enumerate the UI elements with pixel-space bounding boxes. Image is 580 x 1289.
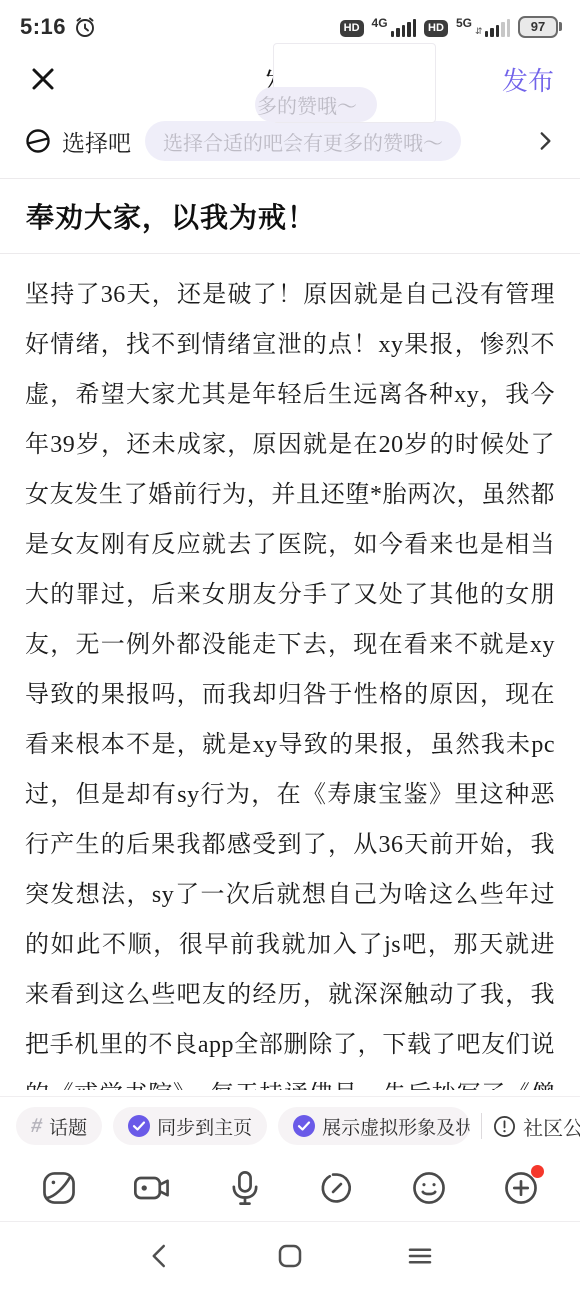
recents-icon[interactable]	[405, 1241, 435, 1271]
show-avatar-toggle[interactable]: 展示虚拟形象及状	[278, 1107, 470, 1145]
floating-hint-pill: 多的赞哦～	[255, 87, 377, 122]
bar-select-icon	[24, 127, 52, 155]
floating-hint-text: 多的赞哦～	[255, 90, 357, 119]
hd-voice-icon: HD	[424, 20, 448, 37]
check-circle-icon	[128, 1115, 150, 1137]
publish-button[interactable]: 发布	[502, 61, 554, 98]
status-bar: 5:16 HD 4G HD 5G ⇵	[0, 0, 580, 48]
image-icon[interactable]	[40, 1169, 78, 1207]
divider	[481, 1113, 482, 1139]
link-icon[interactable]	[318, 1169, 356, 1207]
home-icon[interactable]	[275, 1241, 305, 1271]
alarm-clock-icon	[73, 15, 97, 39]
microphone-icon[interactable]	[226, 1169, 264, 1207]
battery-icon: 97	[518, 16, 562, 38]
notification-badge	[531, 1165, 544, 1178]
hashtag-icon: #	[29, 1115, 43, 1138]
emoji-icon[interactable]	[410, 1169, 448, 1207]
post-body-input[interactable]: 坚持了36天，还是破了！原因就是自己没有管理好情绪，找不到情绪宣泄的点！xy果报…	[0, 254, 580, 1090]
composer-toolbar: # 话题 同步到主页 展示虚拟形象及状 社区公约	[0, 1096, 580, 1155]
back-icon[interactable]	[145, 1241, 175, 1271]
clock-time: 5:16	[20, 14, 66, 40]
sync-to-home-toggle[interactable]: 同步到主页	[113, 1107, 267, 1145]
media-toolbar	[0, 1155, 580, 1221]
community-rules-link[interactable]: 社区公约	[493, 1112, 580, 1141]
video-icon[interactable]	[132, 1169, 172, 1207]
select-bar-label: 选择吧	[62, 125, 131, 158]
signal-4g-icon: 4G	[372, 16, 417, 39]
signal-5g-icon: 5G ⇵	[456, 16, 510, 39]
exclamation-circle-icon	[493, 1115, 516, 1138]
hd-voice-icon: HD	[340, 20, 364, 37]
post-composer-screen: 5:16 HD 4G HD 5G ⇵	[0, 0, 580, 1289]
plus-circle-icon[interactable]	[502, 1169, 540, 1207]
select-bar-placeholder: 选择合适的吧会有更多的赞哦～	[163, 127, 443, 156]
android-navbar	[0, 1221, 580, 1289]
select-bar-placeholder-pill[interactable]: 选择合适的吧会有更多的赞哦～	[145, 121, 461, 161]
close-icon[interactable]	[26, 62, 60, 96]
chevron-right-icon	[532, 128, 558, 154]
topic-button[interactable]: # 话题	[16, 1107, 102, 1145]
check-circle-icon	[293, 1115, 315, 1137]
post-title-input[interactable]: 奉劝大家，以我为戒！	[26, 196, 316, 236]
